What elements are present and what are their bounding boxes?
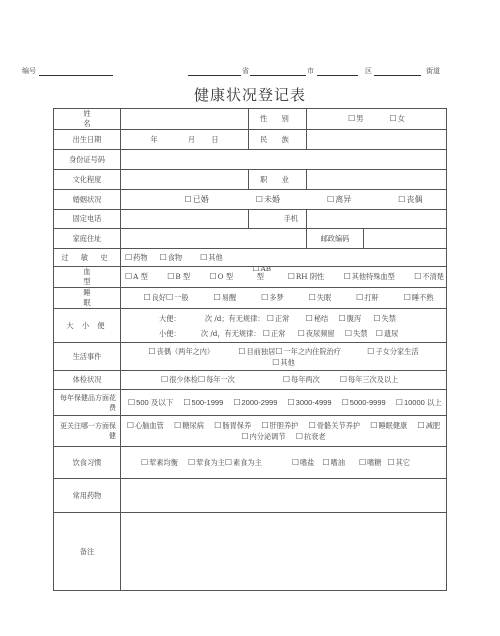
postcode-label: 邮政编码 bbox=[307, 229, 364, 249]
name-label: 姓 名 bbox=[54, 109, 121, 130]
stool-diarrhea-checkbox[interactable]: 腹泻 bbox=[339, 314, 362, 323]
excretion-options: 大便： 次 /d；有无规律： 正常 秘结 腹泻 失禁 小便： 次 /d，有无规律… bbox=[121, 309, 447, 343]
urine-row: 小便： 次 /d，有无规律： 正常 夜尿频留 失禁 遗尿 bbox=[159, 326, 446, 341]
stool-prefix: 大便： bbox=[159, 314, 181, 323]
marital-widowed-checkbox[interactable]: 丧偶 bbox=[398, 195, 422, 205]
focus-digestive-checkbox[interactable]: 肠胃保养 bbox=[214, 421, 251, 430]
form-header: 编号 省 市 区 街道 bbox=[0, 64, 500, 78]
marital-single-checkbox[interactable]: 未婚 bbox=[256, 195, 280, 205]
stool-normal-checkbox[interactable]: 正常 bbox=[267, 314, 290, 323]
sleep-fair-checkbox[interactable]: 一般 bbox=[166, 293, 189, 302]
diet-balanced-checkbox[interactable]: 荤素均衡 bbox=[141, 458, 178, 468]
name-field[interactable] bbox=[121, 109, 249, 130]
focus-weight-checkbox[interactable]: 减肥 bbox=[418, 421, 441, 430]
ethnicity-label: 民 族 bbox=[249, 130, 307, 150]
city-label: 市 bbox=[307, 66, 314, 76]
focus-liver-checkbox[interactable]: 肝胆养护 bbox=[261, 421, 298, 430]
sleep-light-checkbox[interactable]: 易醒 bbox=[214, 293, 237, 303]
province-field[interactable] bbox=[188, 75, 241, 76]
allergy-label: 过 敏 史 bbox=[54, 249, 121, 267]
stool-incontinence-checkbox[interactable]: 失禁 bbox=[373, 314, 396, 323]
marital-options: 已婚 未婚 离异 丧偶 bbox=[121, 190, 447, 210]
mobile-label: 手机 bbox=[249, 210, 307, 229]
focus-diabetes-checkbox[interactable]: 糖尿病 bbox=[174, 421, 204, 430]
allergy-drug-checkbox[interactable]: 药物 bbox=[125, 253, 148, 263]
diet-other-checkbox[interactable]: 其它 bbox=[388, 458, 411, 468]
urine-normal-checkbox[interactable]: 正常 bbox=[263, 329, 286, 338]
excretion-label: 大 小 便 bbox=[54, 309, 121, 343]
diet-meat-checkbox[interactable]: 荤食为主 bbox=[188, 458, 225, 468]
spend-5000-9999-checkbox[interactable]: 5000-9999 bbox=[342, 398, 386, 407]
medication-label: 常用药物 bbox=[54, 479, 121, 513]
diet-veg-checkbox[interactable]: 素食为主 bbox=[225, 458, 262, 468]
birthdate-label: 出生日期 bbox=[54, 130, 121, 150]
blood-rh-negative-checkbox[interactable]: RH 阴性 bbox=[288, 272, 325, 282]
supplement-spend-label: 每年保健品方面花费 bbox=[54, 390, 121, 416]
occupation-label: 职 业 bbox=[249, 170, 307, 190]
blood-unknown-checkbox[interactable]: 不清楚 bbox=[414, 272, 444, 282]
year-label: 年 bbox=[150, 135, 157, 144]
focus-endocrine-checkbox[interactable]: 内分泌调节 bbox=[241, 432, 285, 441]
address-label: 家庭住址 bbox=[54, 229, 121, 249]
focus-antiaging-checkbox[interactable]: 抗衰老 bbox=[296, 432, 326, 441]
mobile-field[interactable] bbox=[307, 210, 447, 229]
landline-field[interactable] bbox=[121, 210, 249, 229]
gender-female-checkbox[interactable]: 女 bbox=[390, 114, 405, 124]
focus-cardio-checkbox[interactable]: 心脑血管 bbox=[127, 421, 164, 430]
district-field[interactable] bbox=[317, 75, 358, 76]
gender-options: 男 女 bbox=[307, 109, 447, 130]
landline-label: 固定电话 bbox=[54, 210, 121, 229]
urine-nocturia-checkbox[interactable]: 夜尿频留 bbox=[298, 329, 335, 338]
life-children-left-checkbox[interactable]: 子女分家生活 bbox=[367, 347, 418, 356]
blood-o-checkbox[interactable]: O 型 bbox=[209, 272, 233, 282]
day-label: 日 bbox=[211, 135, 218, 144]
sleep-options: 良好一般 易醒 多梦 失眠 打鼾 睡不熟 bbox=[121, 288, 447, 309]
spend-500-checkbox[interactable]: 500 及以下 bbox=[128, 398, 173, 407]
diet-oil-checkbox[interactable]: 嗜油 bbox=[322, 458, 345, 468]
marital-label: 婚姻状况 bbox=[54, 190, 121, 210]
focus-sleep-checkbox[interactable]: 睡眠健康 bbox=[370, 421, 407, 430]
sleep-good-checkbox[interactable]: 良好 bbox=[143, 293, 166, 302]
id-number-label: 身份证号码 bbox=[54, 150, 121, 170]
city-field[interactable] bbox=[250, 75, 306, 76]
spend-500-1999-checkbox[interactable]: 500-1999 bbox=[183, 398, 223, 407]
life-events-options: 丧偶（两年之内） 目前独居一年之内住院治疗 子女分家生活 其他 bbox=[121, 343, 447, 371]
id-number-field[interactable] bbox=[121, 150, 447, 170]
sleep-insomnia-checkbox[interactable]: 失眠 bbox=[309, 293, 332, 303]
month-label: 月 bbox=[188, 135, 195, 144]
blood-special-checkbox[interactable]: 其他特殊血型 bbox=[344, 272, 395, 282]
sleep-restless-checkbox[interactable]: 睡不熟 bbox=[404, 293, 434, 303]
address-field[interactable] bbox=[121, 229, 307, 249]
marital-married-checkbox[interactable]: 已婚 bbox=[185, 195, 209, 205]
checkup-rarely-checkbox[interactable]: 很少体检 bbox=[161, 375, 198, 385]
gender-male-checkbox[interactable]: 男 bbox=[348, 114, 363, 124]
serial-label: 编号 bbox=[22, 66, 36, 76]
occupation-field[interactable] bbox=[307, 170, 447, 190]
allergy-food-checkbox[interactable]: 食物 bbox=[160, 253, 183, 263]
remarks-field[interactable] bbox=[121, 513, 447, 591]
blood-type-label: 血 型 bbox=[54, 267, 121, 288]
life-hospitalized-checkbox[interactable]: 一年之内住院治疗 bbox=[275, 347, 341, 356]
urine-prefix: 小便： bbox=[159, 329, 181, 338]
life-other-checkbox[interactable]: 其他 bbox=[272, 358, 295, 367]
focus-joints-checkbox[interactable]: 骨骼关节养护 bbox=[309, 421, 360, 430]
urine-incontinence-checkbox[interactable]: 失禁 bbox=[345, 329, 368, 338]
blood-a-checkbox[interactable]: A 型 bbox=[125, 272, 148, 282]
diet-sugar-checkbox[interactable]: 嗜糖 bbox=[359, 458, 382, 468]
allergy-other-checkbox[interactable]: 其他 bbox=[200, 253, 223, 263]
diet-options: 荤素均衡 荤食为主素食为主 嗜盐 嗜油 嗜糖 其它 bbox=[121, 447, 447, 479]
street-label: 街道 bbox=[426, 66, 440, 76]
checkup-twice-checkbox[interactable]: 每年两次 bbox=[283, 375, 320, 385]
allergy-options: 药物 食物 其他 bbox=[121, 249, 447, 267]
gender-label: 性 别 bbox=[249, 109, 307, 130]
ethnicity-field[interactable] bbox=[307, 130, 447, 150]
education-label: 文化程度 bbox=[54, 170, 121, 190]
sleep-dreams-checkbox[interactable]: 多梦 bbox=[261, 293, 284, 303]
blood-ab-checkbox[interactable]: AB 型 bbox=[252, 267, 268, 282]
sleep-snoring-checkbox[interactable]: 打鼾 bbox=[356, 293, 379, 303]
district-label: 区 bbox=[365, 66, 372, 76]
blood-type-options: A 型 B 型 O 型 AB 型 RH 阴性 其他特殊血型 不清楚 bbox=[121, 267, 447, 288]
health-form-table: 姓 名 性 别 男 女 出生日期 年 月 日 民 族 身份证号码 文化程度 职 … bbox=[53, 108, 447, 591]
province-label: 省 bbox=[242, 66, 249, 76]
urine-freq: 次 /d，有无规律： bbox=[201, 329, 261, 338]
checkup-thrice-checkbox[interactable]: 每年三次及以上 bbox=[340, 375, 399, 385]
sleep-label: 睡 眠 bbox=[54, 288, 121, 309]
stool-row: 大便： 次 /d；有无规律： 正常 秘结 腹泻 失禁 bbox=[159, 311, 446, 326]
spend-2000-2999-checkbox[interactable]: 2000-2999 bbox=[233, 398, 277, 407]
blood-b-checkbox[interactable]: B 型 bbox=[167, 272, 190, 282]
remarks-label: 备注 bbox=[54, 513, 121, 591]
checkup-options: 很少体检每年一次 每年两次 每年三次及以上 bbox=[121, 371, 447, 390]
postcode-field[interactable] bbox=[364, 229, 447, 249]
life-alone-checkbox[interactable]: 目前独居 bbox=[238, 347, 275, 356]
checkup-once-checkbox[interactable]: 每年一次 bbox=[198, 375, 235, 385]
stool-freq: 次 /d；有无规律： bbox=[205, 314, 265, 323]
birthdate-field[interactable]: 年 月 日 bbox=[121, 130, 249, 150]
life-events-label: 生活事件 bbox=[54, 343, 121, 371]
stool-constipation-checkbox[interactable]: 秘结 bbox=[306, 314, 329, 323]
checkup-label: 体检状况 bbox=[54, 371, 121, 390]
medication-field[interactable] bbox=[121, 479, 447, 513]
page-title: 健康状况登记表 bbox=[0, 84, 500, 105]
supplement-spend-options: 500 及以下 500-1999 2000-2999 3000-4999 500… bbox=[121, 390, 447, 416]
diet-label: 饮食习惯 bbox=[54, 447, 121, 479]
marital-divorced-checkbox[interactable]: 离异 bbox=[327, 195, 351, 205]
diet-salt-checkbox[interactable]: 嗜盐 bbox=[292, 458, 315, 468]
health-focus-label: 更关注哪一方面保健 bbox=[54, 416, 121, 447]
urine-enuresis-checkbox[interactable]: 遗尿 bbox=[376, 329, 399, 338]
spend-3000-4999-checkbox[interactable]: 3000-4999 bbox=[287, 398, 331, 407]
education-field[interactable] bbox=[121, 170, 249, 190]
district-name-field[interactable] bbox=[374, 75, 421, 76]
serial-field[interactable] bbox=[39, 75, 113, 76]
health-focus-options: 心脑血管 糖尿病 肠胃保养 肝胆养护 骨骼关节养护 睡眠健康 减肥 内分泌调节 … bbox=[121, 416, 447, 447]
spend-10000-checkbox[interactable]: 10000 以上 bbox=[396, 398, 442, 407]
life-widowed-checkbox[interactable]: 丧偶（两年之内） bbox=[148, 347, 214, 356]
